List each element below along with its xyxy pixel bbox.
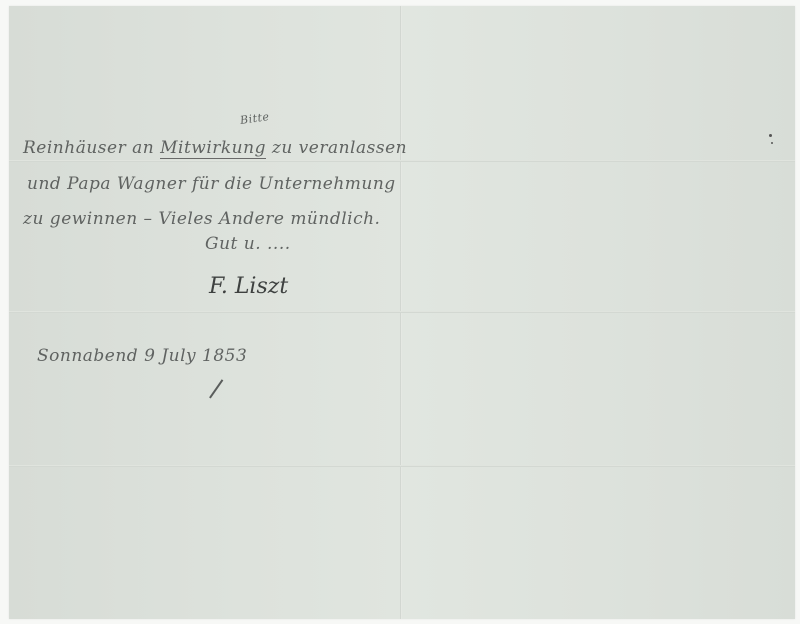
letter-line-1: Reinhäuser an Mitwirkung zu veranlassen — [23, 138, 407, 158]
line-1-start: Reinhäuser an — [23, 138, 160, 158]
letter-line-4: Gut u. .... — [205, 234, 291, 254]
letter-sheet: Bitte Reinhäuser an Mitwirkung zu veranl… — [9, 6, 795, 619]
letter-line-3: zu gewinnen – Vieles Andere mündlich. — [23, 209, 380, 229]
letter-line-2: und Papa Wagner für die Unternehmung — [27, 174, 396, 194]
horizontal-fold-2 — [9, 311, 795, 313]
underlined-word: Mitwirkung — [160, 138, 266, 159]
horizontal-fold-1 — [9, 160, 795, 162]
ink-speck — [769, 134, 772, 137]
line-1-end: zu veranlassen — [266, 138, 407, 158]
date-line: Sonnabend 9 July 1853 — [37, 346, 247, 366]
signature: F. Liszt — [209, 274, 288, 299]
horizontal-fold-3 — [9, 465, 795, 467]
ink-speck — [771, 142, 773, 144]
